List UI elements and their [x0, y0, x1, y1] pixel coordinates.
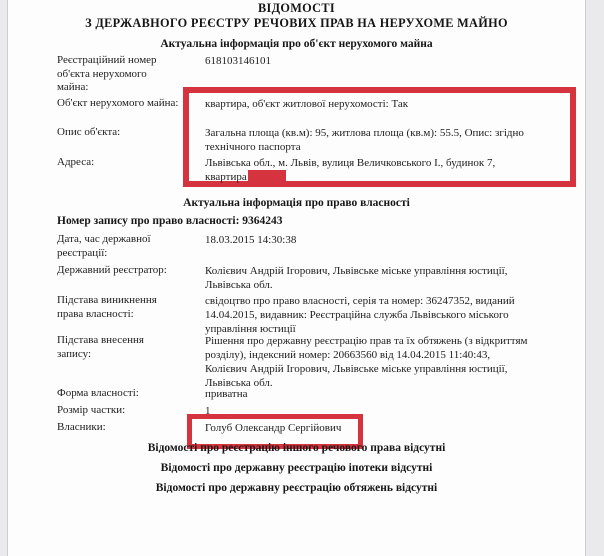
field-value-registrar: Колієвич Андрій Ігорович, Львівське місь… [205, 264, 579, 292]
registrar-line2: Львівська обл. [205, 278, 579, 292]
absence-note-mortgage: Відомості про державну реєстрацію іпотек… [8, 461, 585, 475]
entry-basis-line1: Рішення про державну реєстрацію прав та … [205, 334, 579, 348]
redaction-block-apartment-number [248, 170, 286, 182]
address-line1: Львівська обл., м. Львів, вулиця Величко… [205, 156, 579, 170]
document-title-line2: З ДЕРЖАВНОГО РЕЄСТРУ РЕЧОВИХ ПРАВ НА НЕР… [8, 16, 585, 31]
field-label-share-size: Розмір частки: [57, 404, 179, 418]
field-value-description: Загальна площа (кв.м): 95, житлова площа… [205, 126, 579, 154]
field-value-object: квартира, об'єкт житлової нерухомості: Т… [205, 97, 579, 111]
description-line2: технічного паспорта [205, 140, 579, 154]
field-value-reg-datetime: 18.03.2015 14:30:38 [205, 233, 579, 247]
field-label-registrar: Державний реєстратор: [57, 264, 179, 278]
field-value-reg-number: 618103146101 [205, 54, 579, 68]
page-edge-left [0, 0, 8, 556]
description-line1: Загальна площа (кв.м): 95, житлова площа… [205, 126, 579, 140]
address-line2: квартира [205, 170, 579, 184]
page-edge-right [585, 0, 604, 556]
field-value-ownership-basis: свідоцтво про право власності, серія та … [205, 294, 579, 336]
field-label-object: Об'єкт нерухомого майна: [57, 97, 179, 111]
ownership-basis-line2: 14.04.2015, видавник: Реєстраційна служб… [205, 308, 579, 322]
field-label-description: Опис об'єкта: [57, 126, 179, 140]
field-value-ownership-form: приватна [205, 387, 579, 401]
absence-note-encumbrances: Відомості про державну реєстрацію обтяже… [8, 481, 585, 495]
field-label-ownership-basis: Підстава виникнення права власності: [57, 294, 179, 321]
field-label-ownership-form: Форма власності: [57, 387, 179, 401]
field-label-owners: Власники: [57, 421, 179, 435]
section-title-ownership-info: Актуальна інформація про право власності [8, 196, 585, 210]
document-page: ВІДОМОСТІ З ДЕРЖАВНОГО РЕЄСТРУ РЕЧОВИХ П… [0, 0, 604, 556]
ownership-basis-line1: свідоцтво про право власності, серія та … [205, 294, 579, 308]
document-title: ВІДОМОСТІ З ДЕРЖАВНОГО РЕЄСТРУ РЕЧОВИХ П… [8, 1, 585, 31]
field-value-entry-basis: Рішення про державну реєстрацію прав та … [205, 334, 579, 390]
record-number-line: Номер запису про право власності: 936424… [57, 214, 537, 228]
entry-basis-line3: Колієвич Андрій Ігорович, Львівське місь… [205, 362, 579, 376]
field-value-address: Львівська обл., м. Львів, вулиця Величко… [205, 156, 579, 184]
section-title-object-info: Актуальна інформація про об'єкт нерухомо… [8, 37, 585, 51]
address-apartment-word: квартира [205, 171, 247, 183]
entry-basis-line2: розділу), індексний номер: 20663560 від … [205, 348, 579, 362]
document-title-line1: ВІДОМОСТІ [8, 1, 585, 16]
field-label-reg-number: Реєстраційний номер об'єкта нерухомого м… [57, 54, 179, 95]
field-label-address: Адреса: [57, 156, 179, 170]
absence-note-other-property-right: Відомості про реєстрацію іншого речового… [8, 441, 585, 455]
field-label-entry-basis: Підстава внесення запису: [57, 334, 179, 361]
field-label-reg-datetime: Дата, час державної реєстрації: [57, 233, 179, 260]
registrar-line1: Колієвич Андрій Ігорович, Львівське місь… [205, 264, 579, 278]
